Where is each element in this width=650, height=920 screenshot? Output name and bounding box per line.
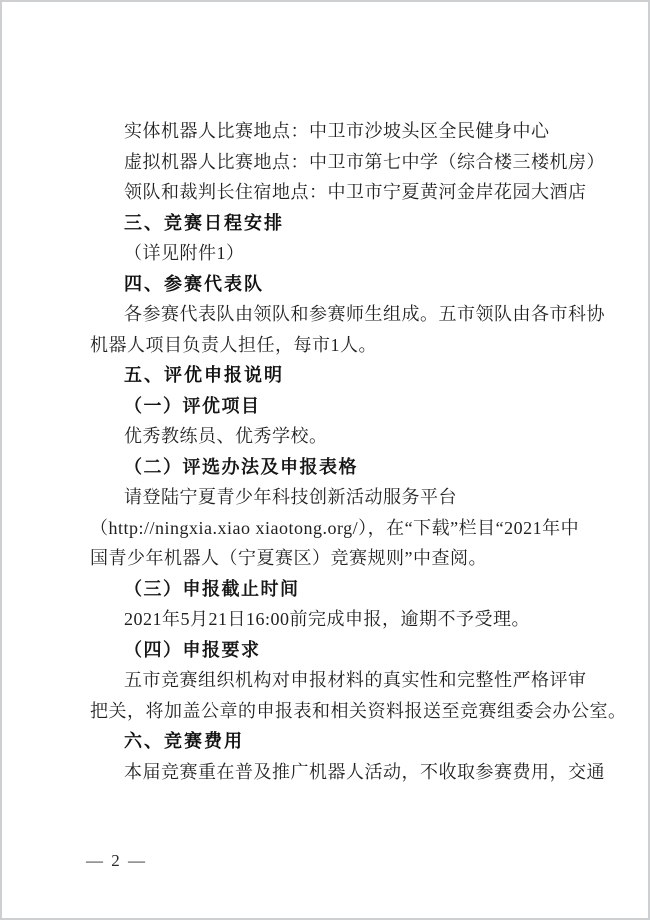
paragraph-line: 请登陆宁夏青少年科技创新活动服务平台 [90,482,590,513]
paragraph-line: 领队和裁判长住宿地点：中卫市宁夏黄河金岸花园大酒店 [90,177,590,208]
paragraph-line: 各参赛代表队由领队和参赛师生组成。五市领队由各市科协 [90,299,590,330]
document-page: 实体机器人比赛地点：中卫市沙坡头区全民健身中心 虚拟机器人比赛地点：中卫市第七中… [0,0,650,920]
document-body: 实体机器人比赛地点：中卫市沙坡头区全民健身中心 虚拟机器人比赛地点：中卫市第七中… [90,116,590,787]
section-heading: 四、参赛代表队 [90,269,590,300]
section-heading: 六、竞赛费用 [90,726,590,757]
paragraph-line: 优秀教练员、优秀学校。 [90,421,590,452]
paragraph-line: （http://ningxia.xiao xiaotong.org/），在“下载… [90,513,590,544]
section-heading: 三、竞赛日程安排 [90,208,590,239]
paragraph-line: 2021年5月21日16:00前完成申报，逾期不予受理。 [90,604,590,635]
paragraph-line: 机器人项目负责人担任，每市1人。 [90,330,590,361]
paragraph-line: （详见附件1） [90,238,590,269]
page-number: — 2 — [86,851,147,871]
subsection-heading: （三）申报截止时间 [90,574,590,605]
paragraph-line: 本届竞赛重在普及推广机器人活动，不收取参赛费用，交通 [90,757,590,788]
paragraph-line: 实体机器人比赛地点：中卫市沙坡头区全民健身中心 [90,116,590,147]
paragraph-line: 国青少年机器人（宁夏赛区）竞赛规则”中查阅。 [90,543,590,574]
subsection-heading: （四）申报要求 [90,635,590,666]
section-heading: 五、评优申报说明 [90,360,590,391]
subsection-heading: （一）评优项目 [90,391,590,422]
paragraph-line: 把关，将加盖公章的申报表和相关资料报送至竞赛组委会办公室。 [90,696,590,727]
paragraph-line: 五市竞赛组织机构对申报材料的真实性和完整性严格评审 [90,665,590,696]
subsection-heading: （二）评选办法及申报表格 [90,452,590,483]
paragraph-line: 虚拟机器人比赛地点：中卫市第七中学（综合楼三楼机房） [90,147,590,178]
